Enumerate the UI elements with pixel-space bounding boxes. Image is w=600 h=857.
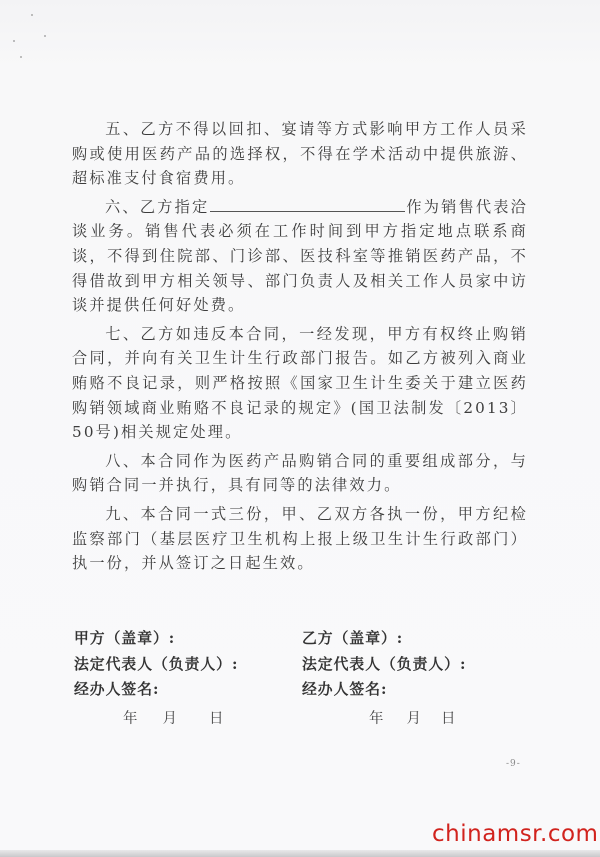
seal-row: 甲方（盖章）: 乙方（盖章）: (74, 627, 534, 653)
page-edge-shadow (0, 850, 600, 857)
party-b-representative-label: 法定代表人（负责人）: (302, 653, 466, 674)
representative-row: 法定代表人（负责人）: 法定代表人（负责人）: (74, 653, 534, 679)
clause-text: 本合同作为医药产品购销合同的重要组成部分，与购销合同一并执行，具有同等的法律效力… (72, 452, 528, 495)
clause-label: 五、 (105, 120, 141, 138)
sales-rep-blank-field[interactable] (210, 197, 405, 212)
signature-block: 甲方（盖章）: 乙方（盖章）: 法定代表人（负责人）: 法定代表人（负责人）: … (74, 627, 534, 735)
party-a-seal-label: 甲方（盖章）: (74, 627, 175, 648)
clause-label: 七、 (105, 325, 141, 343)
clause-8: 八、本合同作为医药产品购销合同的重要组成部分，与购销合同一并执行，具有同等的法律… (72, 449, 528, 498)
party-b-seal-label: 乙方（盖章）: (302, 627, 403, 648)
clause-9: 九、本合同一式三份，甲、乙双方各执一份，甲方纪检监察部门（基层医疗卫生机构上报上… (72, 502, 528, 576)
party-a-representative-label: 法定代表人（负责人）: (74, 653, 238, 674)
clause-label: 六、 (105, 198, 140, 216)
clause-text-before-blank: 乙方指定 (140, 198, 210, 216)
day-label: 日 (441, 707, 456, 728)
page-number: -9- (506, 759, 521, 769)
clause-text: 乙方不得以回扣、宴请等方式影响甲方工作人员采购或使用医药产品的选择权，不得在学术… (72, 120, 528, 187)
day-label: 日 (209, 707, 224, 728)
clause-label: 九、 (105, 505, 141, 523)
watermark-logo: chinamsr.com (432, 821, 598, 847)
party-b-date: 年月日 (369, 707, 456, 728)
document-page: 五、乙方不得以回扣、宴请等方式影响甲方工作人员采购或使用医药产品的选择权，不得在… (0, 0, 600, 857)
clause-text: 乙方如违反本合同，一经发现，甲方有权终止购销合同，并向有关卫生计生行政部门报告。… (72, 325, 528, 441)
month-label: 月 (163, 707, 178, 728)
date-row: 年月日 年月日 (74, 707, 534, 735)
clause-text: 本合同一式三份，甲、乙双方各执一份，甲方纪检监察部门（基层医疗卫生机构上报上级卫… (72, 505, 528, 572)
party-a-handler-label: 经办人签名: (74, 678, 159, 699)
scan-speck (31, 14, 33, 16)
clause-label: 八、 (105, 452, 141, 470)
handler-row: 经办人签名: 经办人签名: (74, 678, 534, 704)
party-b-handler-label: 经办人签名: (302, 678, 387, 699)
scan-speck (13, 40, 15, 42)
clause-6: 六、乙方指定作为销售代表洽谈业务。销售代表必须在工作时间到甲方指定地点联系商谈，… (72, 195, 528, 318)
clause-5: 五、乙方不得以回扣、宴请等方式影响甲方工作人员采购或使用医药产品的选择权，不得在… (72, 117, 528, 191)
month-label: 月 (407, 707, 422, 728)
party-a-date: 年月日 (123, 707, 224, 728)
scan-speck (44, 35, 46, 37)
year-label: 年 (369, 707, 384, 728)
clause-7: 七、乙方如违反本合同，一经发现，甲方有权终止购销合同，并向有关卫生计生行政部门报… (72, 322, 528, 445)
scan-speck (20, 56, 22, 58)
year-label: 年 (123, 707, 138, 728)
contract-body: 五、乙方不得以回扣、宴请等方式影响甲方工作人员采购或使用医药产品的选择权，不得在… (72, 117, 528, 580)
